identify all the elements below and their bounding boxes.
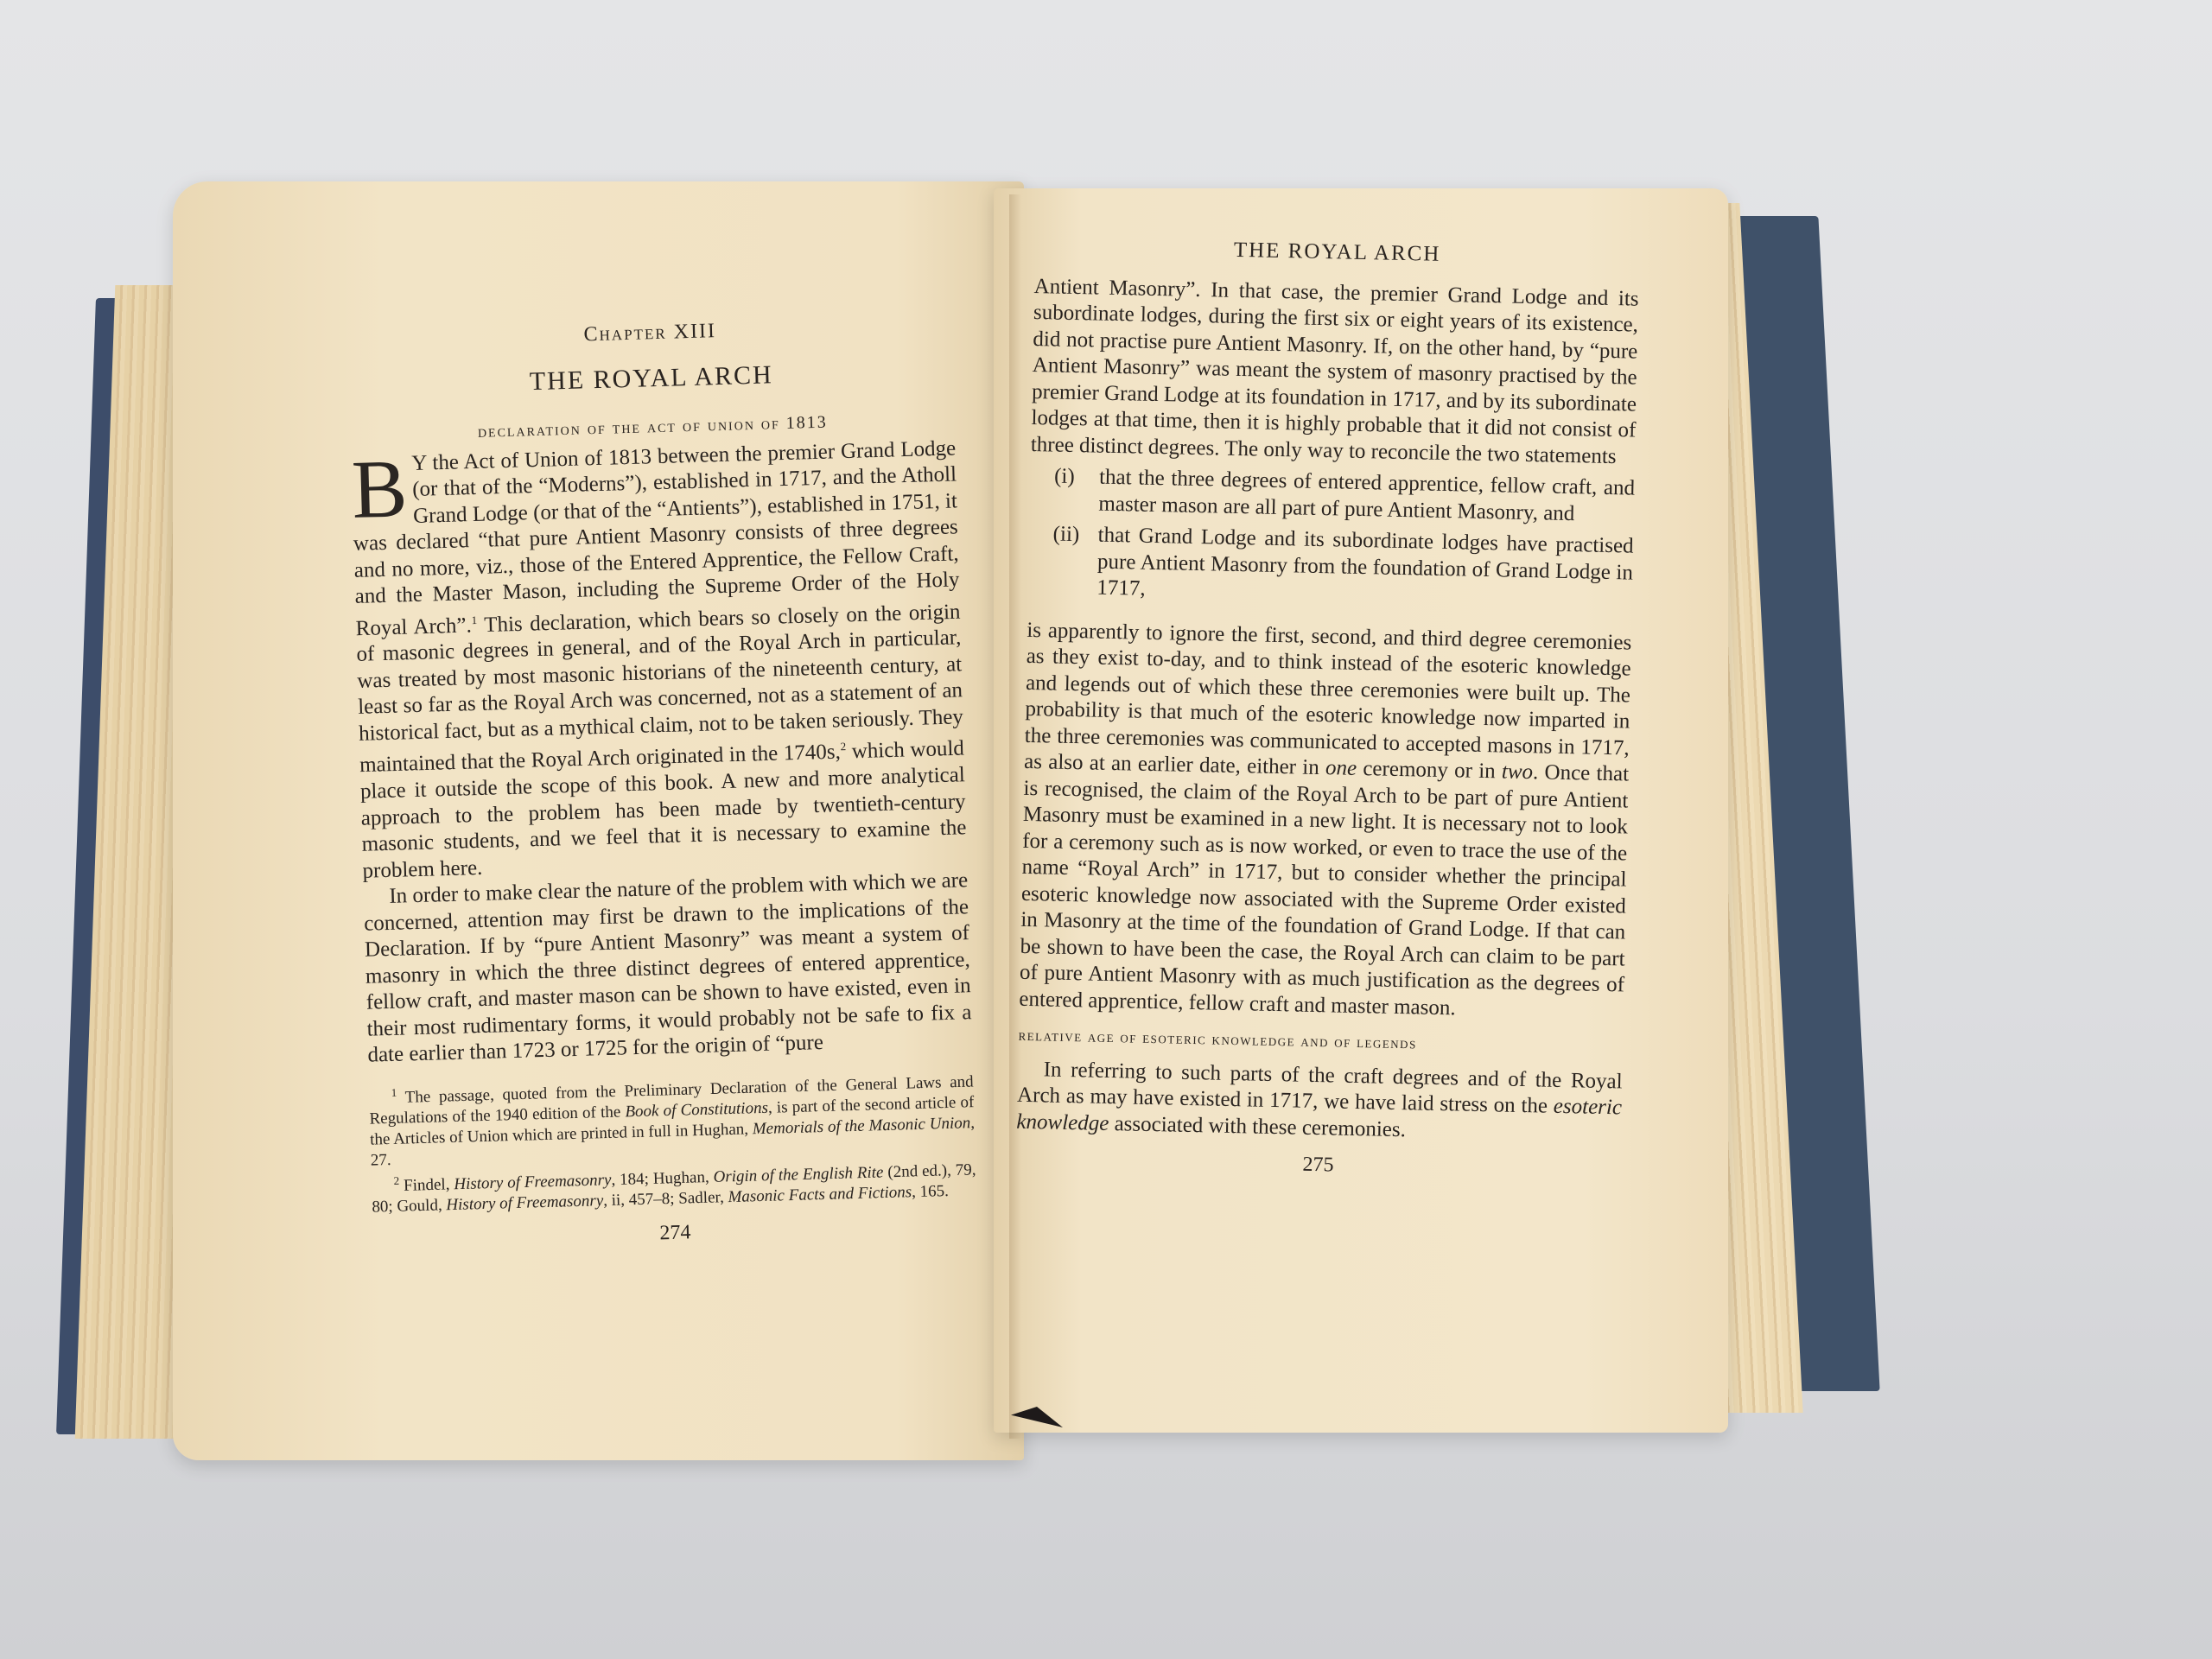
book-gutter xyxy=(1009,194,1021,1439)
list-item: (ii) that Grand Lodge and its subordinat… xyxy=(1027,521,1634,613)
chapter-title: THE ROYAL ARCH xyxy=(348,357,954,400)
list-number: (i) xyxy=(1054,464,1075,491)
list-number: (ii) xyxy=(1052,522,1079,549)
paragraph: In order to make clear the nature of the… xyxy=(363,868,973,1069)
paragraph: BY the Act of Union of 1813 between the … xyxy=(351,435,968,885)
section-heading: RELATIVE AGE OF ESOTERIC KNOWLEDGE AND O… xyxy=(1018,1023,1623,1062)
left-page-content: Chapter XIII THE ROYAL ARCH DECLARATION … xyxy=(347,311,978,1255)
drop-cap: B xyxy=(351,454,408,524)
list-item: (i) that the three degrees of entered ap… xyxy=(1029,463,1635,529)
footnote-1: 1 The passage, quoted from the Prelimina… xyxy=(368,1066,976,1172)
footnotes: 1 The passage, quoted from the Prelimina… xyxy=(368,1066,976,1218)
paragraph: In referring to such parts of the craft … xyxy=(1016,1056,1623,1147)
paragraph: Antient Masonry”. In that case, the prem… xyxy=(1031,273,1639,470)
right-page-content: THE ROYAL ARCH Antient Masonry”. In that… xyxy=(1015,233,1640,1185)
paragraph: is apparently to ignore the first, secon… xyxy=(1019,617,1631,1025)
